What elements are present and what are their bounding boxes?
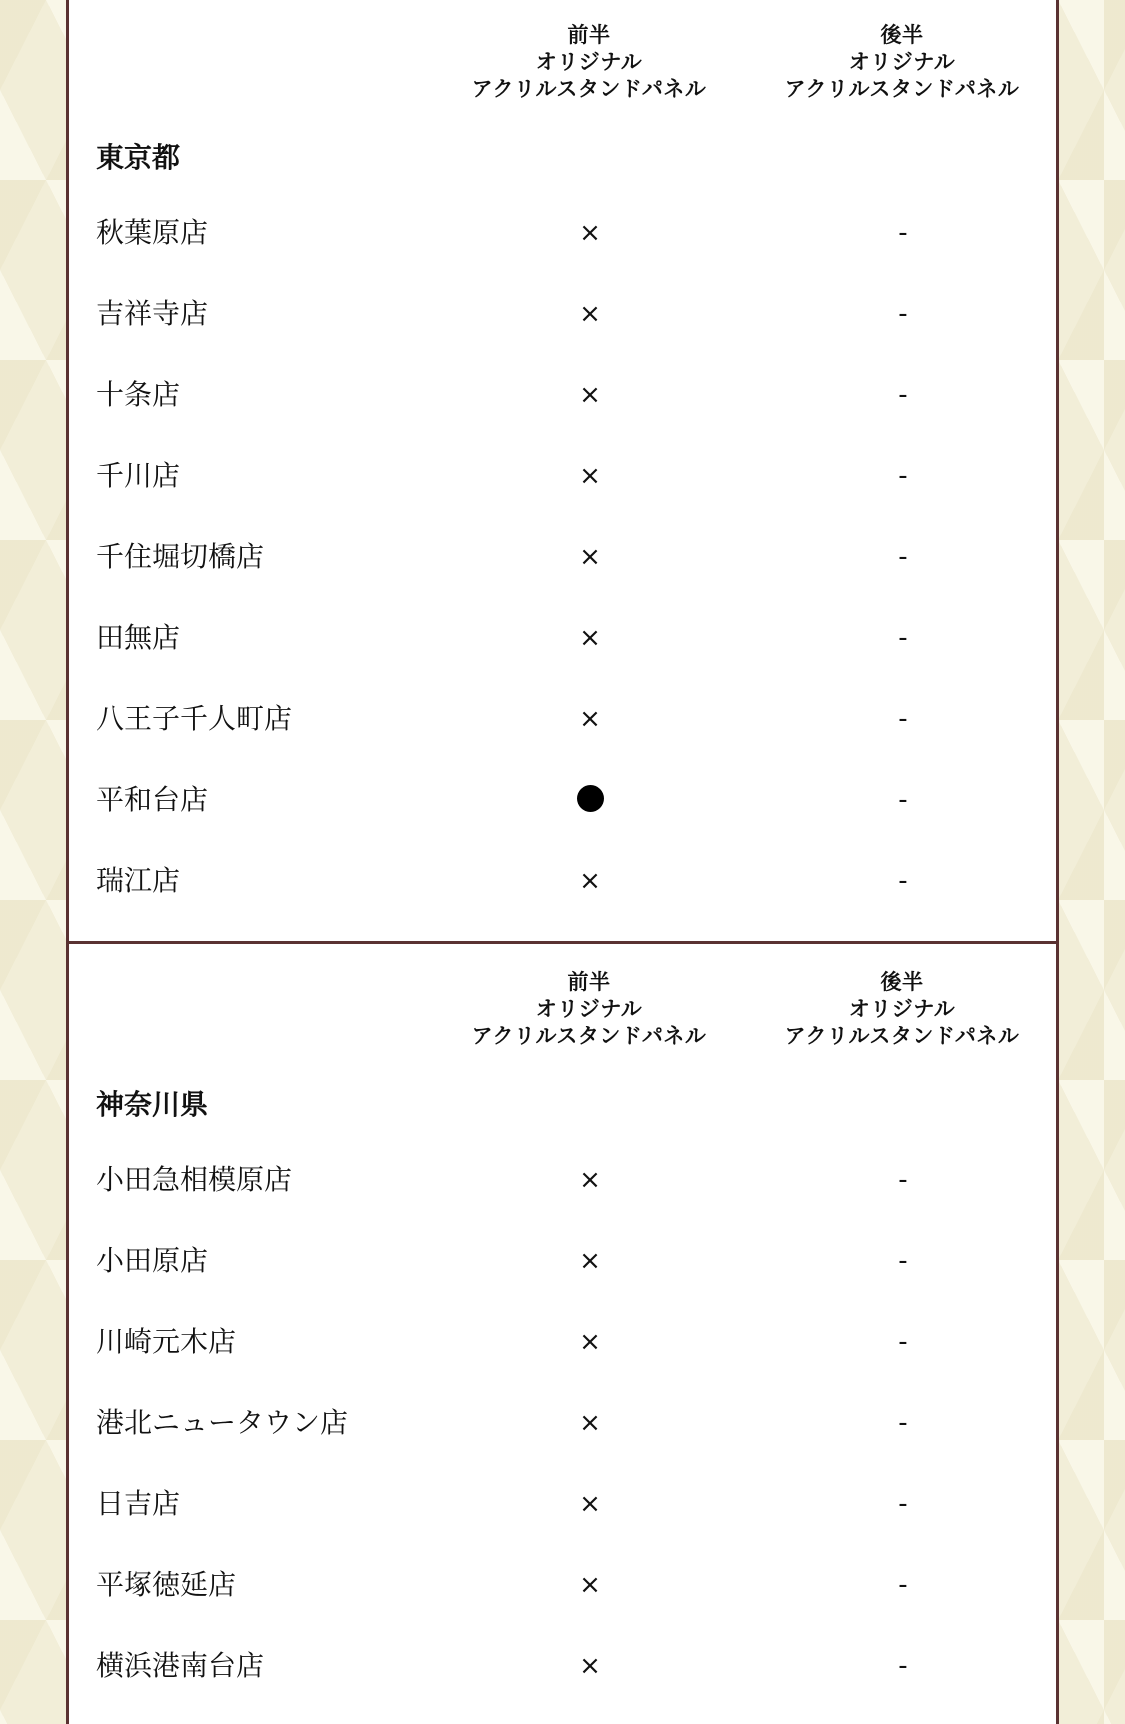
- table-row: 吉祥寺店 × -: [69, 294, 1056, 334]
- second-half-status: -: [863, 780, 943, 820]
- second-half-status: -: [863, 456, 943, 496]
- store-name: 千住堀切橋店: [96, 537, 264, 577]
- first-half-status: ×: [550, 456, 630, 496]
- column-header-line: オリジナル: [439, 996, 739, 1023]
- first-half-status: [550, 780, 630, 820]
- table-row: 十条店 × -: [69, 375, 1056, 415]
- table-row: 平塚徳延店 × -: [69, 1565, 1056, 1605]
- filled-circle-icon: [577, 785, 604, 812]
- store-name: 平和台店: [96, 780, 208, 820]
- second-half-status: -: [863, 861, 943, 901]
- store-name: 秋葉原店: [96, 213, 208, 253]
- second-half-status: -: [863, 1322, 943, 1362]
- first-half-status: ×: [550, 537, 630, 577]
- prefecture-heading: 神奈川県: [96, 1087, 208, 1123]
- first-half-status: ×: [550, 1160, 630, 1200]
- table-row: 港北ニュータウン店 × -: [69, 1403, 1056, 1443]
- table-row: 千住堀切橋店 × -: [69, 537, 1056, 577]
- table-row: 日吉店 × -: [69, 1484, 1056, 1524]
- first-half-status: ×: [550, 699, 630, 739]
- first-half-status: ×: [550, 294, 630, 334]
- column-header-first-half: 前半 オリジナル アクリルスタンドパネル: [439, 969, 739, 1050]
- table-row: 八王子千人町店 × -: [69, 699, 1056, 739]
- column-header-line: 後半: [752, 969, 1052, 996]
- store-name: 小田原店: [96, 1241, 208, 1281]
- column-header-second-half: 後半 オリジナル アクリルスタンドパネル: [752, 969, 1052, 1050]
- table-row: 横浜港南台店 × -: [69, 1646, 1056, 1686]
- first-half-status: ×: [550, 1565, 630, 1605]
- table-row: 田無店 × -: [69, 618, 1056, 658]
- store-name: 吉祥寺店: [96, 294, 208, 334]
- table-row: 瑞江店 × -: [69, 861, 1056, 901]
- column-header-line: オリジナル: [439, 49, 739, 76]
- second-half-status: -: [863, 618, 943, 658]
- table-row: 小田急相模原店 × -: [69, 1160, 1056, 1200]
- first-half-status: ×: [550, 1403, 630, 1443]
- table-row: 平和台店 -: [69, 780, 1056, 820]
- prefecture-heading: 東京都: [96, 140, 180, 176]
- first-half-status: ×: [550, 213, 630, 253]
- first-half-status: ×: [550, 375, 630, 415]
- table-row: 秋葉原店 × -: [69, 213, 1056, 253]
- first-half-status: ×: [550, 1322, 630, 1362]
- first-half-status: ×: [550, 618, 630, 658]
- store-availability-panel: 前半 オリジナル アクリルスタンドパネル 後半 オリジナル アクリルスタンドパネ…: [66, 0, 1059, 1724]
- column-header-line: アクリルスタンドパネル: [752, 1023, 1052, 1050]
- section-tokyo: 前半 オリジナル アクリルスタンドパネル 後半 オリジナル アクリルスタンドパネ…: [69, 0, 1056, 941]
- column-header-line: 前半: [439, 22, 739, 49]
- second-half-status: -: [863, 1484, 943, 1524]
- second-half-status: -: [863, 699, 943, 739]
- second-half-status: -: [863, 1565, 943, 1605]
- second-half-status: -: [863, 213, 943, 253]
- store-name: 田無店: [96, 618, 180, 658]
- table-row: 千川店 × -: [69, 456, 1056, 496]
- column-header-line: オリジナル: [752, 49, 1052, 76]
- second-half-status: -: [863, 294, 943, 334]
- second-half-status: -: [863, 537, 943, 577]
- store-name: 千川店: [96, 456, 180, 496]
- column-header-line: アクリルスタンドパネル: [752, 76, 1052, 103]
- store-name: 川崎元木店: [96, 1322, 236, 1362]
- column-header-line: 前半: [439, 969, 739, 996]
- second-half-status: -: [863, 1160, 943, 1200]
- second-half-status: -: [863, 1646, 943, 1686]
- store-name: 八王子千人町店: [96, 699, 292, 739]
- table-row: 小田原店 × -: [69, 1241, 1056, 1281]
- column-header-line: アクリルスタンドパネル: [439, 76, 739, 103]
- second-half-status: -: [863, 375, 943, 415]
- first-half-status: ×: [550, 1484, 630, 1524]
- store-name: 横浜港南台店: [96, 1646, 264, 1686]
- second-half-status: -: [863, 1403, 943, 1443]
- column-header-first-half: 前半 オリジナル アクリルスタンドパネル: [439, 22, 739, 103]
- store-name: 小田急相模原店: [96, 1160, 292, 1200]
- first-half-status: ×: [550, 1646, 630, 1686]
- column-header-second-half: 後半 オリジナル アクリルスタンドパネル: [752, 22, 1052, 103]
- store-name: 瑞江店: [96, 861, 180, 901]
- store-name: 日吉店: [96, 1484, 180, 1524]
- first-half-status: ×: [550, 861, 630, 901]
- column-header-line: アクリルスタンドパネル: [439, 1023, 739, 1050]
- store-name: 平塚徳延店: [96, 1565, 236, 1605]
- column-header-line: 後半: [752, 22, 1052, 49]
- second-half-status: -: [863, 1241, 943, 1281]
- table-row: 川崎元木店 × -: [69, 1322, 1056, 1362]
- store-name: 十条店: [96, 375, 180, 415]
- store-name: 港北ニュータウン店: [96, 1403, 348, 1443]
- first-half-status: ×: [550, 1241, 630, 1281]
- column-header-line: オリジナル: [752, 996, 1052, 1023]
- section-kanagawa: 前半 オリジナル アクリルスタンドパネル 後半 オリジナル アクリルスタンドパネ…: [69, 944, 1056, 1724]
